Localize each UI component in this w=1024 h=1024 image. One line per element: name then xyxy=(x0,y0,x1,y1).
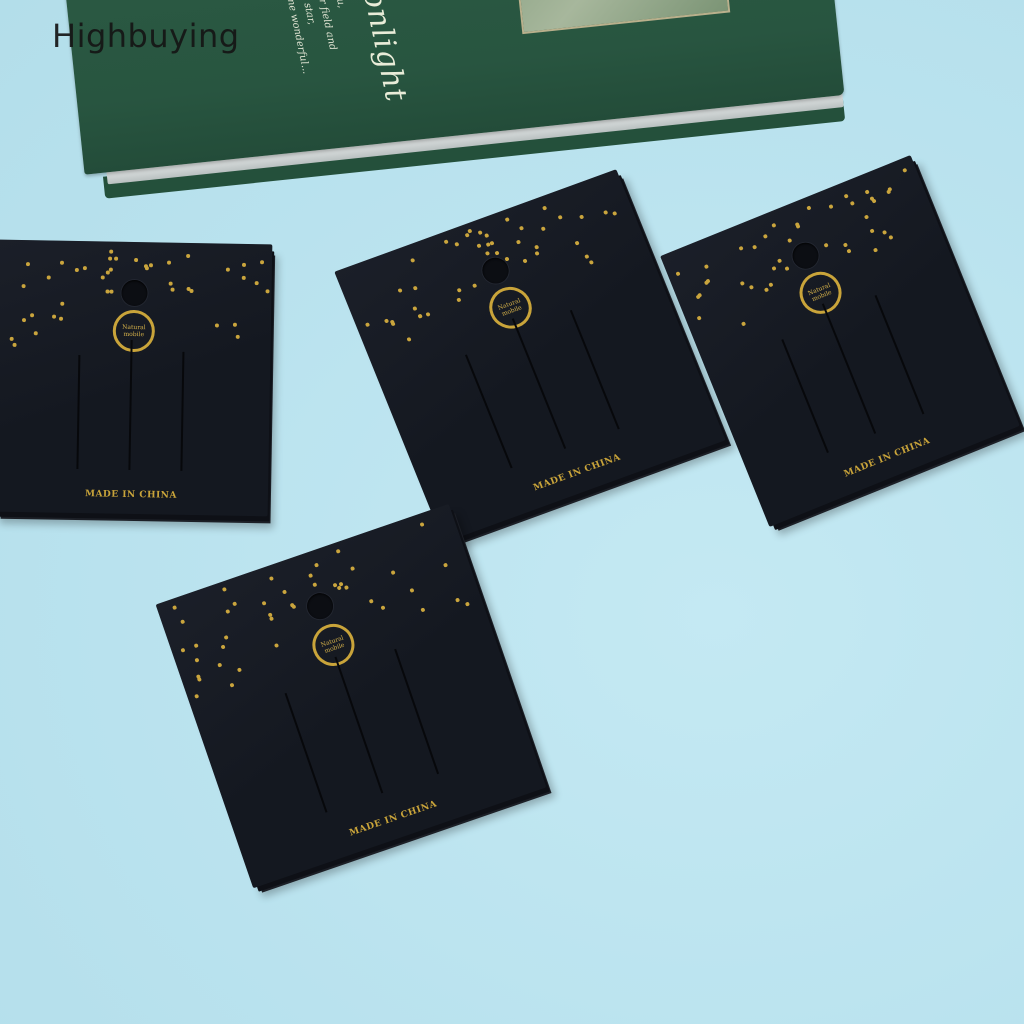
gold-dot xyxy=(108,257,112,261)
product-photo-scene: After i met you, es to the flower field … xyxy=(0,0,1024,1024)
gold-dot xyxy=(170,287,174,291)
gold-dot xyxy=(186,254,190,258)
earring-card: Natural mobile MADE IN CHINA xyxy=(156,504,547,889)
gold-dot xyxy=(242,263,246,267)
gold-dot xyxy=(52,315,56,319)
gold-dot xyxy=(47,275,51,279)
notebook-title: Moonlight xyxy=(345,0,414,105)
gold-dot xyxy=(265,289,269,293)
gold-dot xyxy=(109,249,113,253)
gold-dot xyxy=(60,261,64,265)
gold-dot xyxy=(12,342,16,346)
gold-dot xyxy=(145,266,149,270)
gold-dot xyxy=(105,289,109,293)
watermark-text: Highbuying xyxy=(52,17,240,55)
earring-card: Natural mobile MADE IN CHINA xyxy=(660,155,1020,527)
notebook-photo-window xyxy=(510,0,730,34)
gold-dot xyxy=(109,267,113,271)
gold-dot xyxy=(100,275,104,279)
earring-card: Natural mobile MADE IN CHINA xyxy=(0,240,272,517)
gold-dot xyxy=(114,256,118,260)
earring-card: Natural mobile MADE IN CHINA xyxy=(334,169,725,543)
gold-dot xyxy=(241,276,245,280)
